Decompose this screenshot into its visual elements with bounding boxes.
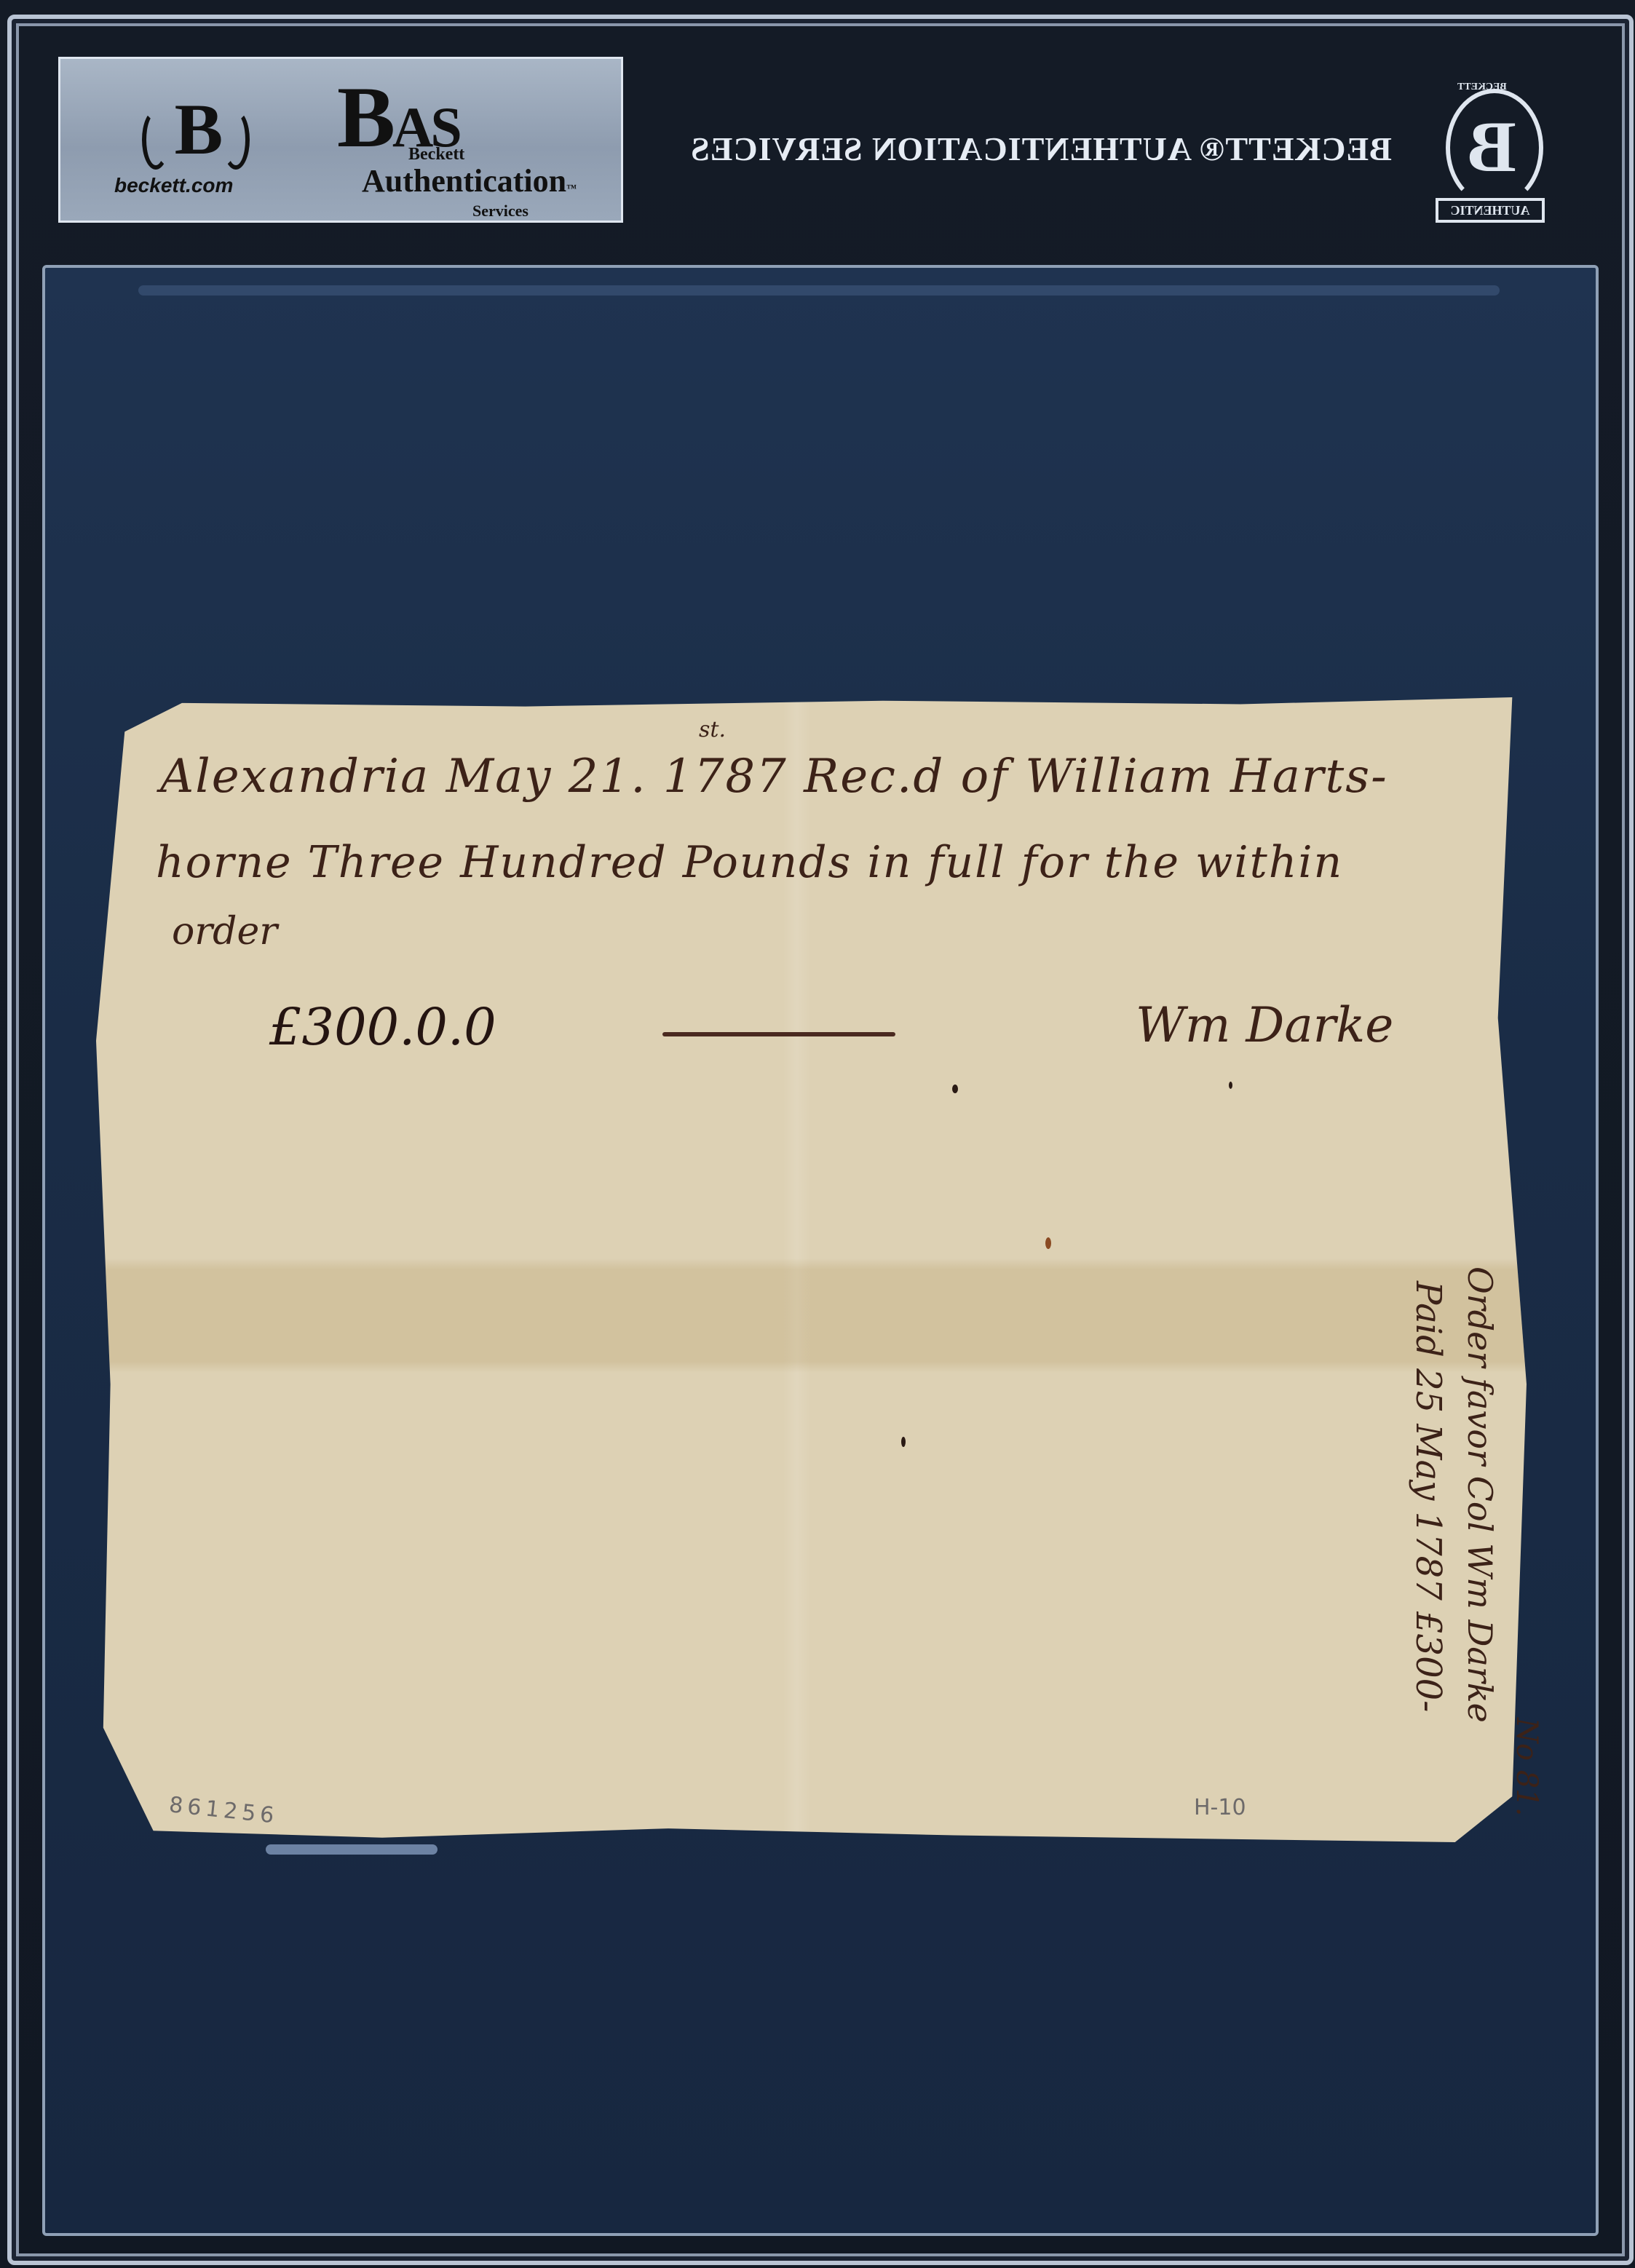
mirrored-banner: BECKETT® AUTHENTICATION SERVICES	[648, 130, 1434, 168]
label-authentication-text: Authentication	[362, 163, 566, 199]
authentic-seal-icon: BECKETT B AUTHENTIC	[1436, 82, 1545, 234]
website-text: beckett.com	[114, 174, 233, 197]
document-line-2: horne Three Hundred Pounds in full for t…	[156, 837, 1343, 888]
rust-spot	[1045, 1237, 1051, 1249]
sleeve-ridge-bottom	[266, 1844, 438, 1855]
laurel-right-icon	[222, 110, 250, 170]
beckett-logo-icon: B	[170, 90, 228, 170]
amount-flourish-line	[662, 1032, 895, 1036]
ink-spot	[901, 1437, 906, 1447]
docket-line-1: Order favor Col Wm Darke	[1460, 1266, 1500, 1723]
label-services: Services	[472, 202, 528, 221]
docket-line-2: Paid 25 May 1787 £300-	[1408, 1281, 1449, 1712]
seal-ribbon: AUTHENTIC	[1436, 198, 1545, 223]
seal-letter: B	[1468, 111, 1516, 183]
amount: £300.0.0	[269, 997, 496, 1057]
document-line-3: order	[172, 910, 277, 953]
pencil-code: H-10	[1194, 1795, 1246, 1820]
document-line-1: Alexandria May 21. 1787 Rec.d of William…	[160, 750, 1388, 804]
label-authentication: Authentication™	[362, 162, 577, 199]
signature: Wm Darke	[1136, 997, 1393, 1053]
bas-big-letter: B	[337, 68, 392, 165]
laurel-left-icon	[142, 110, 170, 170]
authentication-label: B beckett.com BAS Beckett Authentication…	[58, 57, 623, 223]
date-superscript: st.	[699, 717, 726, 742]
docket-note: Order favor Col Wm Darke Paid 25 May 178…	[1318, 1266, 1500, 1820]
slab-holder: B beckett.com BAS Beckett Authentication…	[0, 0, 1635, 2268]
sleeve-ridge-top	[138, 285, 1500, 296]
label-beckett: Beckett	[408, 145, 464, 164]
trademark-mark: ™	[566, 183, 577, 194]
docket-number: No 81.	[1510, 1718, 1543, 1816]
ink-spot	[952, 1085, 958, 1093]
ink-spot	[1229, 1082, 1232, 1089]
